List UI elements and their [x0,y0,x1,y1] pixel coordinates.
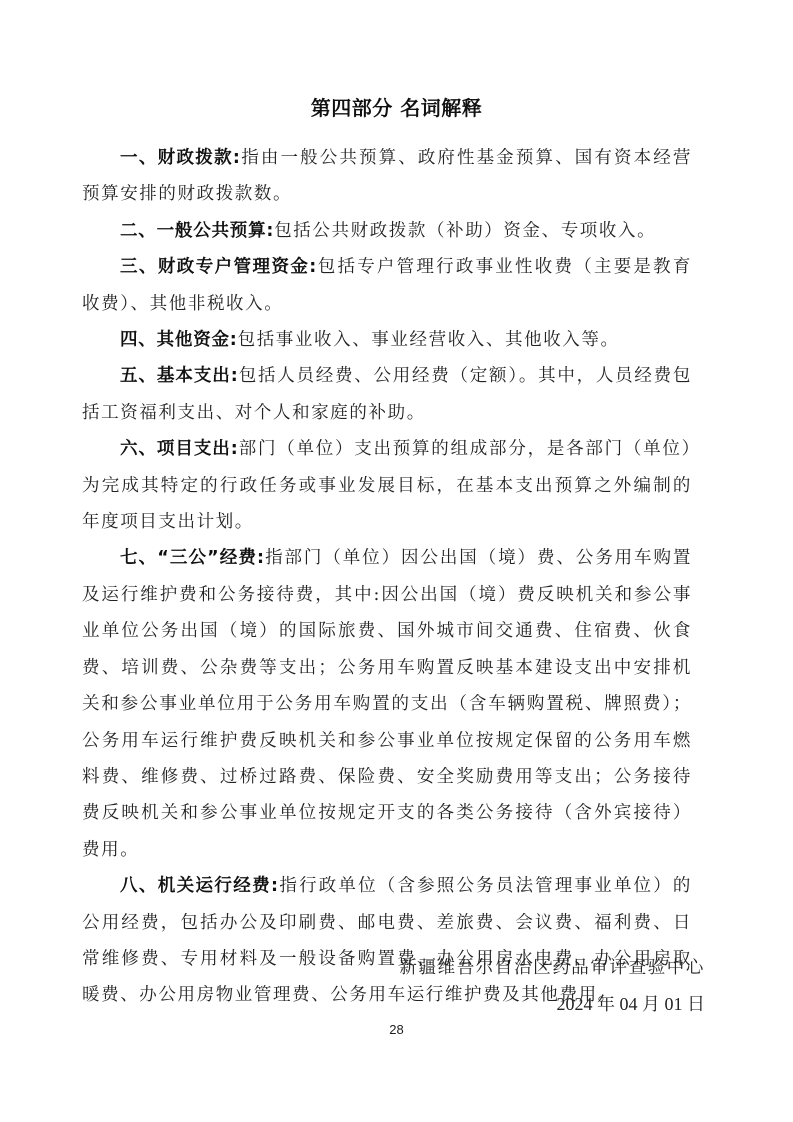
page-title: 第四部分 名词解释 [0,94,793,122]
term-label: 六、项目支出: [120,439,239,459]
issue-date: 2024 年 04 月 01 日 [557,986,706,1022]
term-label: 七、“三公”经费: [120,548,265,568]
term-label: 五、基本支出: [120,366,239,386]
glossary-item-basic-expenditure: 五、基本支出:包括人员经费、公用经费（定额）。其中，人员经费包括工资福利支出、对… [82,358,692,431]
glossary-item-fiscal-appropriation: 一、财政拨款:指由一般公共预算、政府性基金预算、国有资本经营预算安排的财政拨款数… [82,140,692,213]
term-label: 三、财政专户管理资金: [120,257,317,277]
term-definition: 包括事业收入、事业经营收入、其他收入等。 [238,330,620,350]
term-label: 四、其他资金: [120,330,238,350]
glossary-item-general-public-budget: 二、一般公共预算:包括公共财政拨款（补助）资金、专项收入。 [82,213,692,249]
glossary-item-special-account-funds: 三、财政专户管理资金:包括专户管理行政事业性收费（主要是教育收费）、其他非税收入… [82,249,692,322]
term-definition: 包括公共财政拨款（补助）资金、专项收入。 [274,221,656,241]
term-label: 二、一般公共预算: [120,221,274,241]
glossary-item-project-expenditure: 六、项目支出:部门（单位）支出预算的组成部分，是各部门（单位）为完成其特定的行政… [82,431,692,540]
page-number: 28 [0,1022,793,1037]
term-definition: 指部门（单位）因公出国（境）费、公务用车购置及运行维护费和公务接待费，其中:因公… [82,548,692,859]
term-label: 八、机关运行经费: [120,876,279,896]
glossary-item-three-public-expenses: 七、“三公”经费:指部门（单位）因公出国（境）费、公务用车购置及运行维护费和公务… [82,540,692,868]
term-label: 一、财政拨款: [120,148,241,168]
glossary-body: 一、财政拨款:指由一般公共预算、政府性基金预算、国有资本经营预算安排的财政拨款数… [82,140,692,1014]
issuing-organization: 新疆维吾尔自治区药品审评查验中心 [399,950,705,986]
glossary-item-other-funds: 四、其他资金:包括事业收入、事业经营收入、其他收入等。 [82,322,692,358]
